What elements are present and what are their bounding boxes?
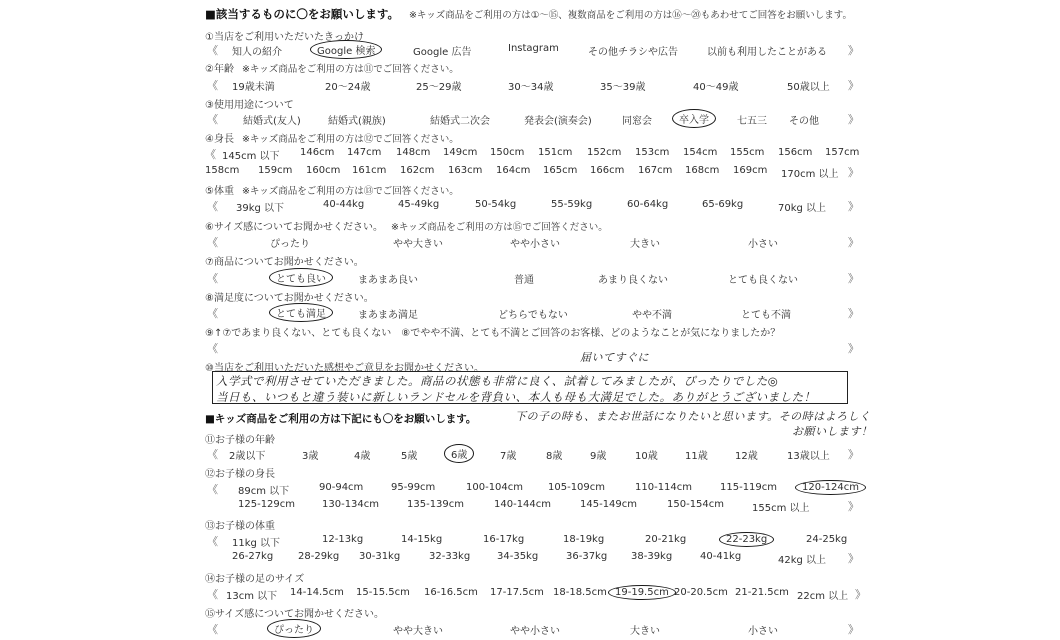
q4-option[interactable]: 152cm [587, 147, 621, 158]
q3-label: ③使用用途について [205, 96, 294, 111]
form-note: ※キッズ商品をご利用の方は①〜⑮、複数商品をご利用の方は⑯〜⑳もあわせてご回答を… [409, 10, 852, 21]
close-bracket: 》 [848, 550, 859, 566]
open-bracket: 《 [207, 305, 218, 321]
q1-option[interactable]: 以前も利用したことがある [707, 43, 827, 58]
q14-option[interactable]: 17-17.5cm [490, 587, 544, 598]
close-bracket: 》 [855, 586, 866, 602]
close-bracket: 》 [848, 446, 859, 462]
close-bracket: 》 [848, 340, 859, 356]
q3-option[interactable]: 同窓会 [622, 112, 652, 127]
q13-option[interactable]: 38-39kg [631, 551, 672, 562]
q5-option[interactable]: 50-54kg [475, 199, 516, 210]
q4-option[interactable]: 164cm [496, 165, 530, 176]
q5-option[interactable]: 65-69kg [702, 199, 743, 210]
q14-option[interactable]: 15-15.5cm [356, 587, 410, 598]
q2-option[interactable]: 25〜29歳 [416, 78, 461, 93]
q4-option[interactable]: 157cm [825, 147, 859, 158]
open-bracket: 《 [207, 340, 218, 356]
q4-option[interactable]: 170cm 以上 [781, 165, 839, 180]
q14-option[interactable]: 22cm 以上 [797, 587, 848, 602]
q2-title: ②年齢 [205, 64, 234, 75]
q2-option[interactable]: 50歳以上 [787, 78, 830, 93]
form-title: ■該当するものに〇をお願いします。 [205, 7, 399, 21]
q1-option[interactable]: Google 広告 [413, 43, 471, 58]
q14-option[interactable]: 18-18.5cm [553, 587, 607, 598]
q8-option[interactable]: やや不満 [632, 306, 672, 321]
q5-option[interactable]: 70kg 以上 [778, 199, 826, 214]
q13-option[interactable]: 36-37kg [566, 551, 607, 562]
q3-option[interactable]: その他 [789, 112, 819, 127]
q4-option[interactable]: 168cm [685, 165, 719, 176]
q13-option[interactable]: 28-29kg [298, 551, 339, 562]
q12-option[interactable]: 105-109cm [548, 482, 605, 493]
q4-option[interactable]: 146cm [300, 147, 334, 158]
q13-option[interactable]: 14-15kg [401, 534, 442, 545]
q4-option[interactable]: 151cm [538, 147, 572, 158]
q14-option-selected[interactable]: 19-19.5cm [616, 587, 668, 598]
q14-option[interactable]: 14-14.5cm [290, 587, 344, 598]
q13-option[interactable]: 42kg 以上 [778, 551, 826, 566]
q10-answer-line: 入学式で利用させていただきました。商品の状態も非常に良く、試着してみましたが、ぴ… [216, 373, 778, 389]
q6-option[interactable]: やや大きい [393, 235, 443, 250]
q4-option[interactable]: 150cm [490, 147, 524, 158]
open-bracket: 《 [207, 198, 218, 214]
q5-option[interactable]: 45-49kg [398, 199, 439, 210]
q6-label: ⑥サイズ感についてお聞かせください。※キッズ商品をご利用の方は⑮でご回答ください… [205, 218, 608, 233]
q7-option[interactable]: あまり良くない [598, 271, 668, 286]
q11-option[interactable]: 8歳 [546, 447, 562, 462]
q7-label: ⑦商品についてお聞かせください。 [205, 253, 364, 268]
q12-label: ⑫お子様の身長 [205, 465, 275, 480]
q4-option[interactable]: 161cm [352, 165, 386, 176]
q4-title: ④身長 [205, 134, 234, 145]
q14-option[interactable]: 13cm 以下 [226, 587, 277, 602]
q13-option[interactable]: 11kg 以下 [232, 534, 280, 549]
q3-option-selected[interactable]: 卒入学 [680, 112, 708, 126]
q14-option[interactable]: 21-21.5cm [735, 587, 789, 598]
open-bracket: 《 [205, 146, 216, 162]
q2-option[interactable]: 40〜49歳 [693, 78, 738, 93]
q12-option[interactable]: 145-149cm [580, 499, 637, 510]
q7-option[interactable]: とても良くない [728, 271, 798, 286]
q4-option[interactable]: 158cm [205, 165, 239, 176]
q13-option[interactable]: 26-27kg [232, 551, 273, 562]
q8-option[interactable]: とても不満 [741, 306, 791, 321]
q8-label: ⑧満足度についてお聞かせください。 [205, 289, 374, 304]
q13-option[interactable]: 34-35kg [497, 551, 538, 562]
q4-option[interactable]: 163cm [448, 165, 482, 176]
q4-option[interactable]: 145cm 以下 [222, 147, 280, 162]
open-bracket: 《 [207, 111, 218, 127]
open-bracket: 《 [207, 586, 218, 602]
q6-option[interactable]: 小さい [748, 235, 778, 250]
q4-option[interactable]: 169cm [733, 165, 767, 176]
q4-option[interactable]: 149cm [443, 147, 477, 158]
circled-answer: 卒入学 [672, 109, 716, 128]
q3-option[interactable]: 結婚式(親族) [328, 112, 386, 127]
q4-option[interactable]: 167cm [638, 165, 672, 176]
q8-option[interactable]: どちらでもない [498, 306, 568, 321]
q13-option[interactable]: 30-31kg [359, 551, 400, 562]
q12-option[interactable]: 95-99cm [391, 482, 435, 493]
circled-answer: 19-19.5cm [608, 585, 676, 600]
open-bracket: 《 [207, 42, 218, 58]
q12-option[interactable]: 130-134cm [322, 499, 379, 510]
q12-option[interactable]: 115-119cm [720, 482, 777, 493]
q7-option[interactable]: 普通 [514, 271, 534, 286]
q5-option[interactable]: 39kg 以下 [236, 199, 284, 214]
q10-handwritten-insertion: 届いてすぐに [580, 349, 649, 365]
q5-note: ※キッズ商品をご利用の方は⑬でご回答ください。 [242, 186, 459, 197]
q11-option[interactable]: 5歳 [401, 447, 417, 462]
q13-option[interactable]: 16-17kg [483, 534, 524, 545]
circled-answer: 22-23kg [719, 532, 774, 547]
q4-option[interactable]: 153cm [635, 147, 669, 158]
circled-answer: とても良い [269, 268, 333, 287]
q2-option[interactable]: 30〜34歳 [508, 78, 553, 93]
q2-option[interactable]: 19歳未満 [232, 78, 275, 93]
q13-label: ⑬お子様の体重 [205, 517, 275, 532]
circled-answer: ぴったり [267, 619, 321, 638]
q12-option[interactable]: 155cm 以上 [752, 499, 810, 514]
q13-option[interactable]: 40-41kg [700, 551, 741, 562]
q11-option[interactable]: 3歳 [302, 447, 318, 462]
q4-option[interactable]: 155cm [730, 147, 764, 158]
close-bracket: 》 [848, 164, 859, 180]
close-bracket: 》 [848, 77, 859, 93]
q11-option[interactable]: 10歳 [635, 447, 658, 462]
open-bracket: 《 [207, 77, 218, 93]
q10-answer-line: 当日も、いつもと違う装いに新しいランドセルを背負い、本人も母も大満足でした。あり… [216, 389, 816, 405]
q4-option[interactable]: 147cm [347, 147, 381, 158]
q8-option-selected[interactable]: とても満足 [277, 306, 325, 320]
close-bracket: 》 [848, 42, 859, 58]
q1-option[interactable]: Instagram [508, 43, 559, 54]
close-bracket: 》 [848, 270, 859, 286]
q12-option[interactable]: 140-144cm [494, 499, 551, 510]
q2-option[interactable]: 35〜39歳 [600, 78, 645, 93]
q4-option[interactable]: 148cm [396, 147, 430, 158]
q10-answer-line: お願いします！ [792, 423, 873, 439]
circled-answer: 6歳 [444, 444, 474, 463]
q11-option[interactable]: 9歳 [590, 447, 606, 462]
q14-option[interactable]: 20-20.5cm [674, 587, 728, 598]
close-bracket: 》 [848, 621, 859, 637]
circled-answer: とても満足 [269, 303, 333, 322]
open-bracket: 《 [207, 446, 218, 462]
q12-option-selected[interactable]: 120-124cm [803, 482, 858, 493]
q12-option[interactable]: 110-114cm [635, 482, 692, 493]
q11-option[interactable]: 4歳 [354, 447, 370, 462]
kids-section-title: ■キッズ商品をご利用の方は下記にも〇をお願いします。 [205, 411, 476, 426]
q5-label: ⑤体重※キッズ商品をご利用の方は⑬でご回答ください。 [205, 182, 459, 197]
q6-option[interactable]: やや小さい [510, 235, 560, 250]
close-bracket: 》 [848, 234, 859, 250]
q12-option[interactable]: 135-139cm [407, 499, 464, 510]
q13-option[interactable]: 24-25kg [806, 534, 847, 545]
q5-option[interactable]: 60-64kg [627, 199, 668, 210]
q3-option[interactable]: 七五三 [737, 112, 767, 127]
close-bracket: 》 [848, 111, 859, 127]
q11-option[interactable]: 11歳 [685, 447, 708, 462]
q13-option[interactable]: 18-19kg [563, 534, 604, 545]
q4-option[interactable]: 166cm [590, 165, 624, 176]
q13-option-selected[interactable]: 22-23kg [727, 534, 766, 545]
q1-option[interactable]: 知人の紹介 [232, 43, 282, 58]
close-bracket: 》 [848, 498, 859, 514]
q7-option[interactable]: まあまあ良い [358, 271, 418, 286]
q12-option[interactable]: 100-104cm [466, 482, 523, 493]
q12-option[interactable]: 89cm 以下 [238, 482, 289, 497]
q2-label: ②年齢※キッズ商品をご利用の方は⑪でご回答ください。 [205, 60, 459, 75]
q11-option[interactable]: 13歳以上 [787, 447, 830, 462]
q15-option[interactable]: やや大きい [393, 622, 443, 637]
q11-option-selected[interactable]: 6歳 [452, 447, 466, 461]
q4-option[interactable]: 156cm [778, 147, 812, 158]
close-bracket: 》 [848, 198, 859, 214]
q6-option[interactable]: 大きい [630, 235, 660, 250]
q12-option[interactable]: 125-129cm [238, 499, 295, 510]
q13-option[interactable]: 32-33kg [429, 551, 470, 562]
q6-title: ⑥サイズ感についてお聞かせください。 [205, 222, 383, 233]
q11-option[interactable]: 2歳以下 [229, 447, 265, 462]
q2-option[interactable]: 20〜24歳 [325, 78, 370, 93]
q4-option[interactable]: 159cm [258, 165, 292, 176]
q13-option[interactable]: 12-13kg [322, 534, 363, 545]
q14-option[interactable]: 16-16.5cm [424, 587, 478, 598]
q3-option[interactable]: 発表会(演奏会) [524, 112, 592, 127]
circled-answer: Google 検索 [310, 40, 382, 59]
q5-option[interactable]: 55-59kg [551, 199, 592, 210]
q15-option-selected[interactable]: ぴったり [275, 622, 313, 636]
q11-label: ⑪お子様の年齢 [205, 431, 275, 446]
q15-label: ⑮サイズ感についてお聞かせください。 [205, 605, 384, 620]
q13-option[interactable]: 20-21kg [645, 534, 686, 545]
q1-option-selected[interactable]: Google 検索 [318, 43, 374, 57]
q6-note: ※キッズ商品をご利用の方は⑮でご回答ください。 [391, 222, 608, 233]
q4-option[interactable]: 154cm [683, 147, 717, 158]
q11-option[interactable]: 12歳 [735, 447, 758, 462]
close-bracket: 》 [848, 305, 859, 321]
q4-option[interactable]: 165cm [543, 165, 577, 176]
open-bracket: 《 [207, 621, 218, 637]
q4-label: ④身長※キッズ商品をご利用の方は⑫でご回答ください。 [205, 130, 459, 145]
q6-option[interactable]: ぴったり [270, 235, 310, 250]
q8-option[interactable]: まあまあ満足 [358, 306, 418, 321]
open-bracket: 《 [207, 481, 218, 497]
q15-option[interactable]: 小さい [748, 622, 778, 637]
q10-answer-line: 下の子の時も、またお世話になりたいと思います。その時はよろしく [515, 408, 871, 424]
q2-note: ※キッズ商品をご利用の方は⑪でご回答ください。 [242, 64, 459, 75]
circled-answer: 120-124cm [795, 480, 866, 495]
q14-label: ⑭お子様の足のサイズ [205, 570, 304, 585]
q15-option[interactable]: やや小さい [510, 622, 560, 637]
q3-option[interactable]: 結婚式二次会 [430, 112, 490, 127]
q4-option[interactable]: 162cm [400, 165, 434, 176]
q5-title: ⑤体重 [205, 186, 234, 197]
q12-option[interactable]: 90-94cm [319, 482, 363, 493]
q4-option[interactable]: 160cm [306, 165, 340, 176]
q12-option[interactable]: 150-154cm [667, 499, 724, 510]
q7-option-selected[interactable]: とても良い [277, 271, 325, 285]
q3-option[interactable]: 結婚式(友人) [243, 112, 301, 127]
form-heading: ■該当するものに〇をお願いします。※キッズ商品をご利用の方は①〜⑮、複数商品をご… [205, 6, 852, 22]
q5-option[interactable]: 40-44kg [323, 199, 364, 210]
open-bracket: 《 [207, 270, 218, 286]
q15-option[interactable]: 大きい [630, 622, 660, 637]
open-bracket: 《 [207, 234, 218, 250]
open-bracket: 《 [207, 533, 218, 549]
q9-label: ⑨↑⑦であまり良くない、とても良くない ⑧でやや不満、とても不満とご回答のお客様… [205, 324, 780, 339]
q1-option[interactable]: その他チラシや広告 [588, 43, 678, 58]
q4-note: ※キッズ商品をご利用の方は⑫でご回答ください。 [242, 134, 459, 145]
q11-option[interactable]: 7歳 [500, 447, 516, 462]
